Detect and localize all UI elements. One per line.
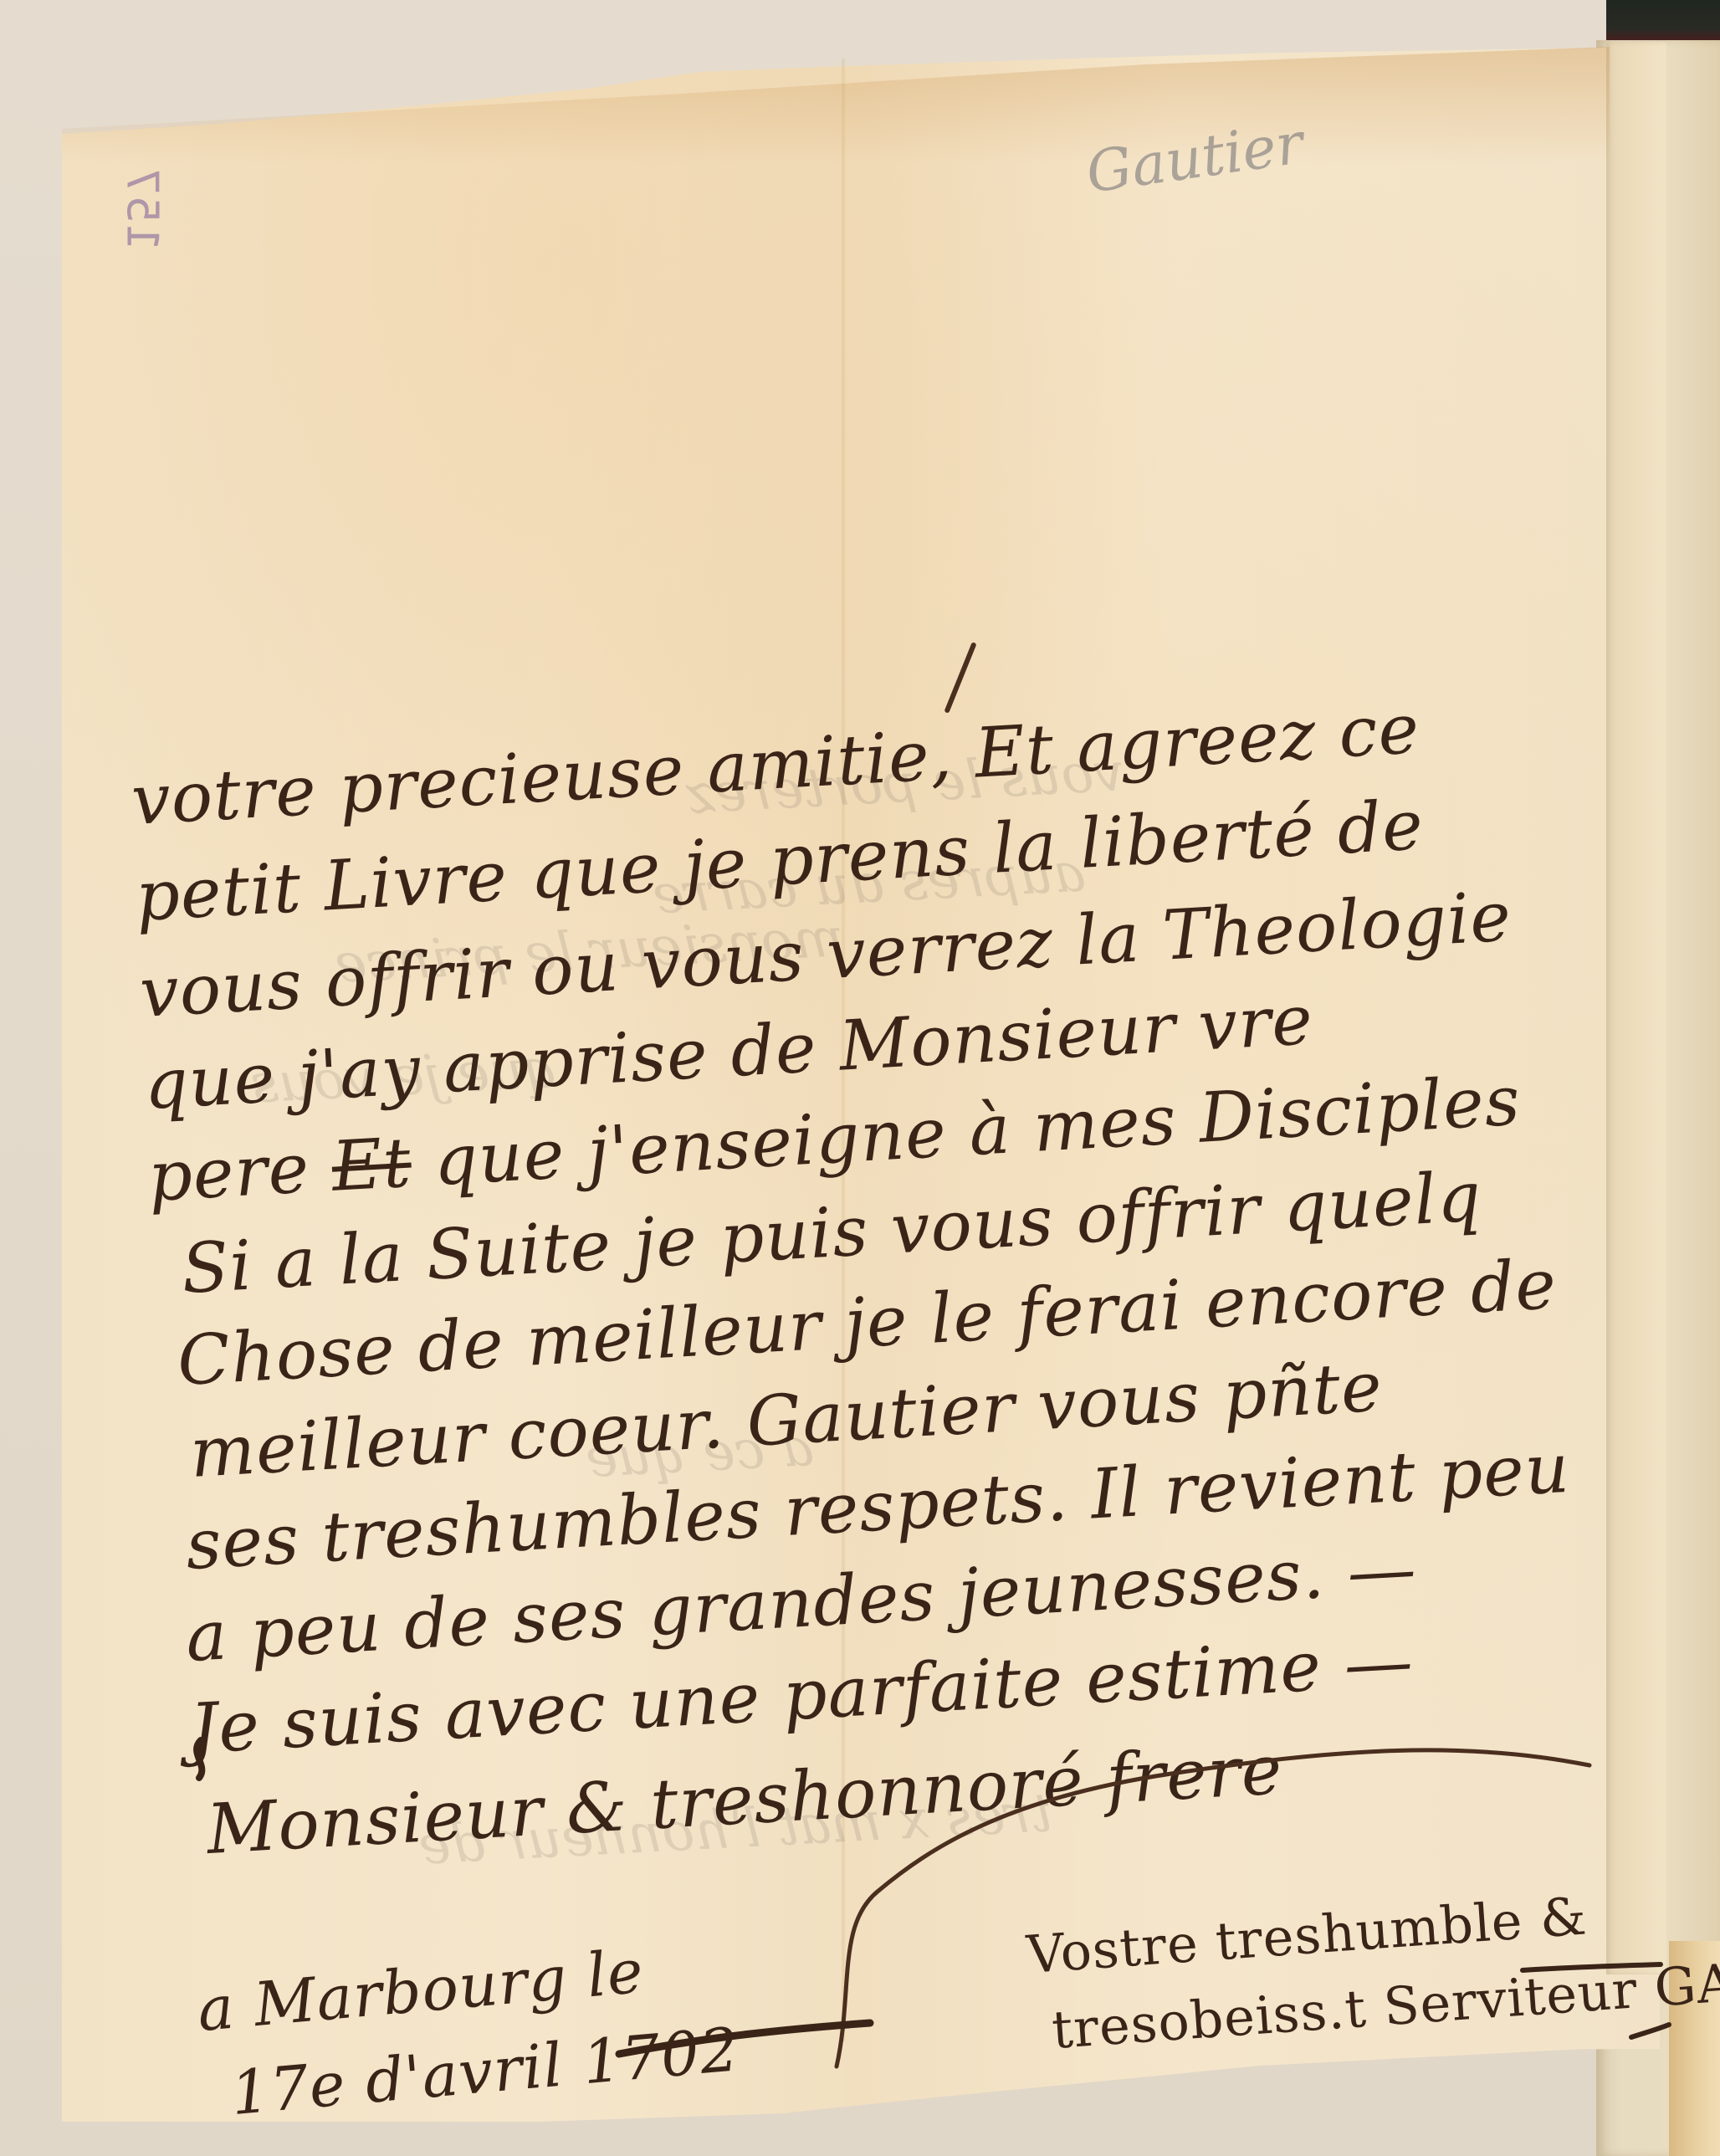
folio-number: 157 xyxy=(117,167,167,250)
letter-line-5-before: pere xyxy=(146,1128,335,1217)
letter-sheet-binding-strip xyxy=(1606,42,1666,1974)
struck-word: Et xyxy=(330,1124,413,1207)
book-cover-corner xyxy=(1606,0,1720,42)
